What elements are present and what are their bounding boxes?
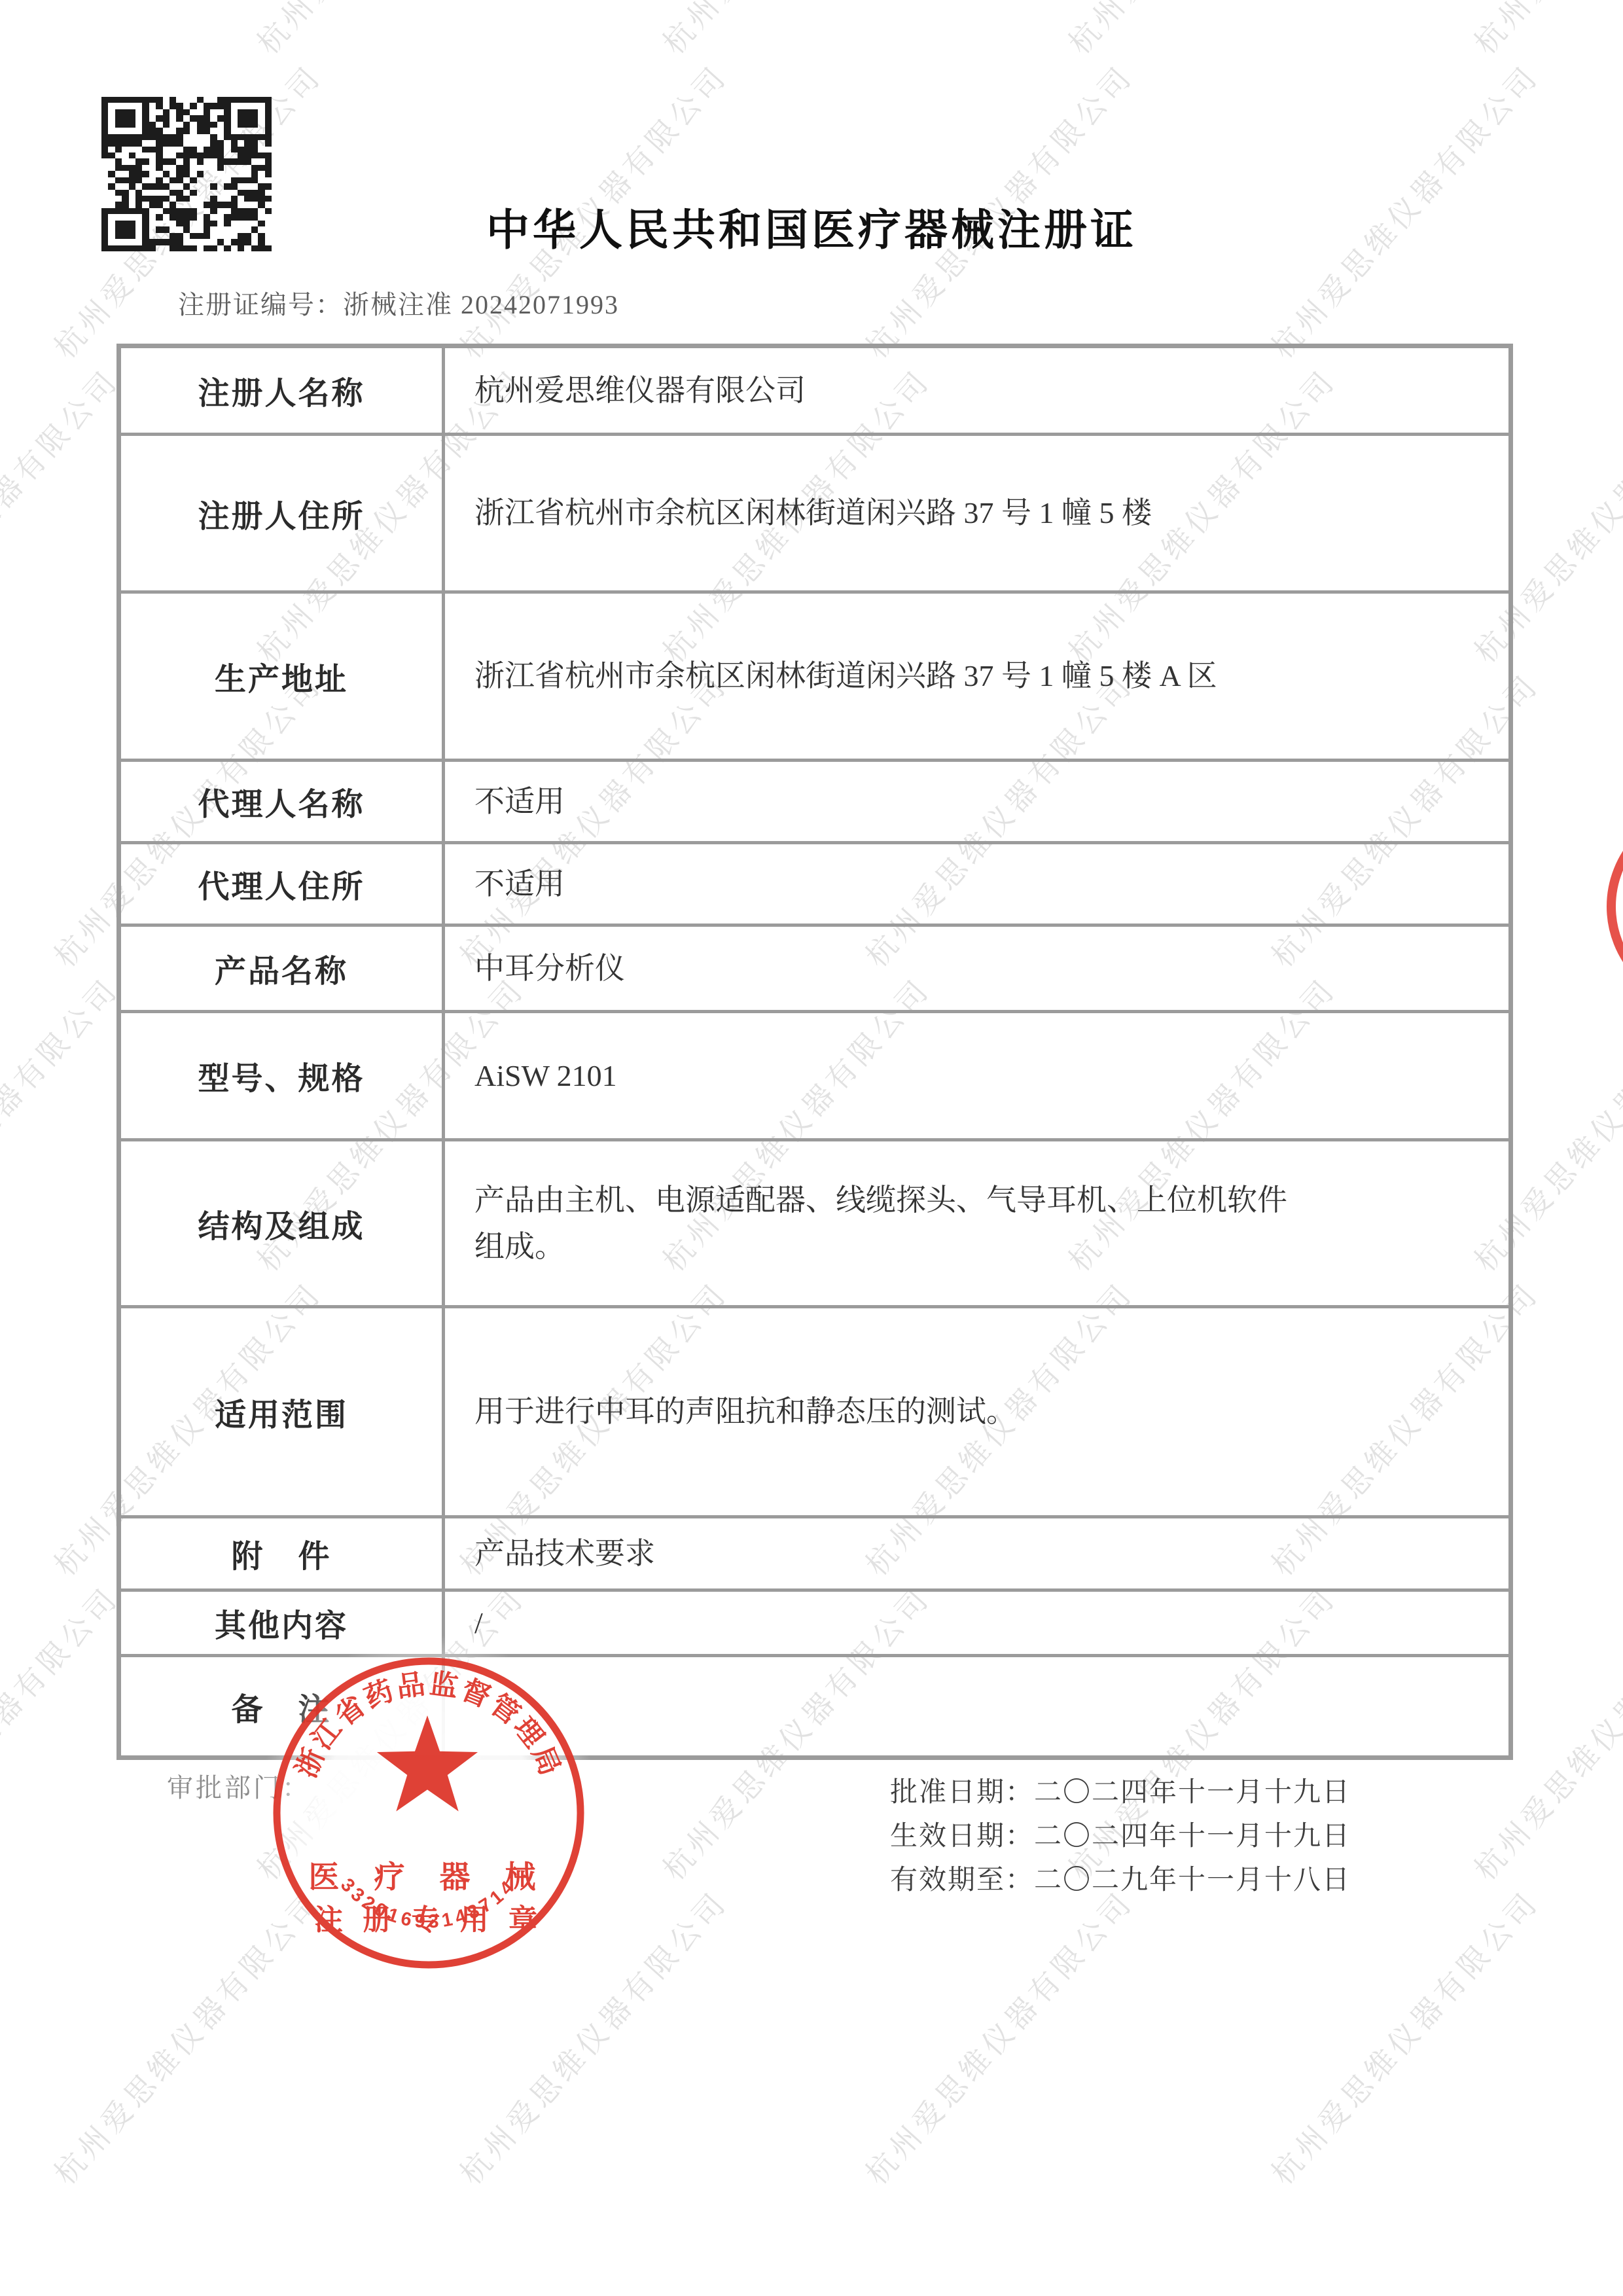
effective-date-value: 二〇二四年十一月十九日 <box>1034 1821 1351 1852</box>
row-label: 产品名称 <box>121 927 445 1010</box>
row-value: 中耳分析仪 <box>445 927 1508 1010</box>
registration-number-value: 浙械注准 20242071993 <box>343 290 619 319</box>
certificate-table: 注册人名称 杭州爱思维仪器有限公司 注册人住所 浙江省杭州市余杭区闲林街道闲兴路… <box>116 344 1513 1760</box>
table-row: 结构及组成 产品由主机、电源适配器、线缆探头、气导耳机、上位机软件组成。 <box>121 1141 1508 1308</box>
registration-number-label: 注册证编号： <box>178 290 343 319</box>
row-value: 不适用 <box>445 844 1508 924</box>
row-value <box>445 1657 1508 1755</box>
row-label: 注册人住所 <box>121 436 445 590</box>
row-label: 备 注 <box>121 1657 445 1755</box>
row-value: 浙江省杭州市余杭区闲林街道闲兴路 37 号 1 幢 5 楼 A 区 <box>445 594 1508 759</box>
stamp-text-line2: 注 册 专 用 章 <box>314 1903 543 1936</box>
row-label: 其他内容 <box>121 1592 445 1654</box>
approval-department-label: 审批部门： <box>167 1767 311 1804</box>
dates-block: 批准日期：二〇二四年十一月十九日 生效日期：二〇二四年十一月十九日 有效期至：二… <box>890 1771 1351 1903</box>
effective-date-row: 生效日期：二〇二四年十一月十九日 <box>890 1815 1351 1859</box>
table-row: 型号、规格 AiSW 2101 <box>121 1013 1508 1141</box>
row-value: 用于进行中耳的声阻抗和静态压的测试。 <box>445 1308 1508 1515</box>
row-label: 结构及组成 <box>121 1141 445 1305</box>
row-label: 代理人住所 <box>121 844 445 924</box>
effective-date-label: 生效日期： <box>890 1821 1034 1852</box>
approval-date-value: 二〇二四年十一月十九日 <box>1034 1778 1351 1808</box>
table-row: 生产地址 浙江省杭州市余杭区闲林街道闲兴路 37 号 1 幢 5 楼 A 区 <box>121 594 1508 762</box>
table-row: 备 注 <box>121 1657 1508 1755</box>
expiry-date-label: 有效期至： <box>890 1865 1034 1895</box>
row-value: 浙江省杭州市余杭区闲林街道闲兴路 37 号 1 幢 5 楼 <box>445 436 1508 590</box>
row-label: 代理人名称 <box>121 762 445 841</box>
row-value: / <box>445 1592 1508 1654</box>
row-label: 注册人名称 <box>121 348 445 433</box>
row-value: 杭州爱思维仪器有限公司 <box>445 348 1508 433</box>
row-label: 生产地址 <box>121 594 445 759</box>
row-value: 不适用 <box>445 762 1508 841</box>
table-row: 注册人名称 杭州爱思维仪器有限公司 <box>121 348 1508 436</box>
row-label: 附 件 <box>121 1518 445 1588</box>
table-row: 产品名称 中耳分析仪 <box>121 927 1508 1013</box>
row-value: 产品技术要求 <box>445 1518 1508 1588</box>
table-row: 附 件 产品技术要求 <box>121 1518 1508 1592</box>
stamp-serial-number: 33201693148714 <box>336 1874 521 1932</box>
expiry-date-row: 有效期至：二〇二九年十一月十八日 <box>890 1859 1351 1903</box>
approval-date-label: 批准日期： <box>890 1778 1034 1808</box>
approval-date-row: 批准日期：二〇二四年十一月十九日 <box>890 1771 1351 1815</box>
page-title: 中华人民共和国医疗器械注册证 <box>0 195 1623 257</box>
row-label: 型号、规格 <box>121 1013 445 1138</box>
table-row: 代理人住所 不适用 <box>121 844 1508 927</box>
table-row: 代理人名称 不适用 <box>121 762 1508 844</box>
table-row: 适用范围 用于进行中耳的声阻抗和静态压的测试。 <box>121 1308 1508 1518</box>
edge-stamp-arc <box>1611 808 1623 1005</box>
expiry-date-value: 二〇二九年十一月十八日 <box>1034 1865 1351 1895</box>
row-label: 适用范围 <box>121 1308 445 1515</box>
table-row: 其他内容 / <box>121 1592 1508 1657</box>
row-value: AiSW 2101 <box>445 1013 1508 1138</box>
stamp-text-line1: 医 疗 器 械 <box>308 1859 548 1894</box>
row-value: 产品由主机、电源适配器、线缆探头、气导耳机、上位机软件组成。 <box>445 1141 1322 1305</box>
certificate-page: 杭州爱思维仪器有限公司杭州爱思维仪器有限公司杭州爱思维仪器有限公司杭州爱思维仪器… <box>0 0 1623 2296</box>
table-row: 注册人住所 浙江省杭州市余杭区闲林街道闲兴路 37 号 1 幢 5 楼 <box>121 436 1508 594</box>
svg-text:33201693148714: 33201693148714 <box>336 1874 521 1932</box>
registration-number-line: 注册证编号：浙械注准 20242071993 <box>178 284 619 321</box>
